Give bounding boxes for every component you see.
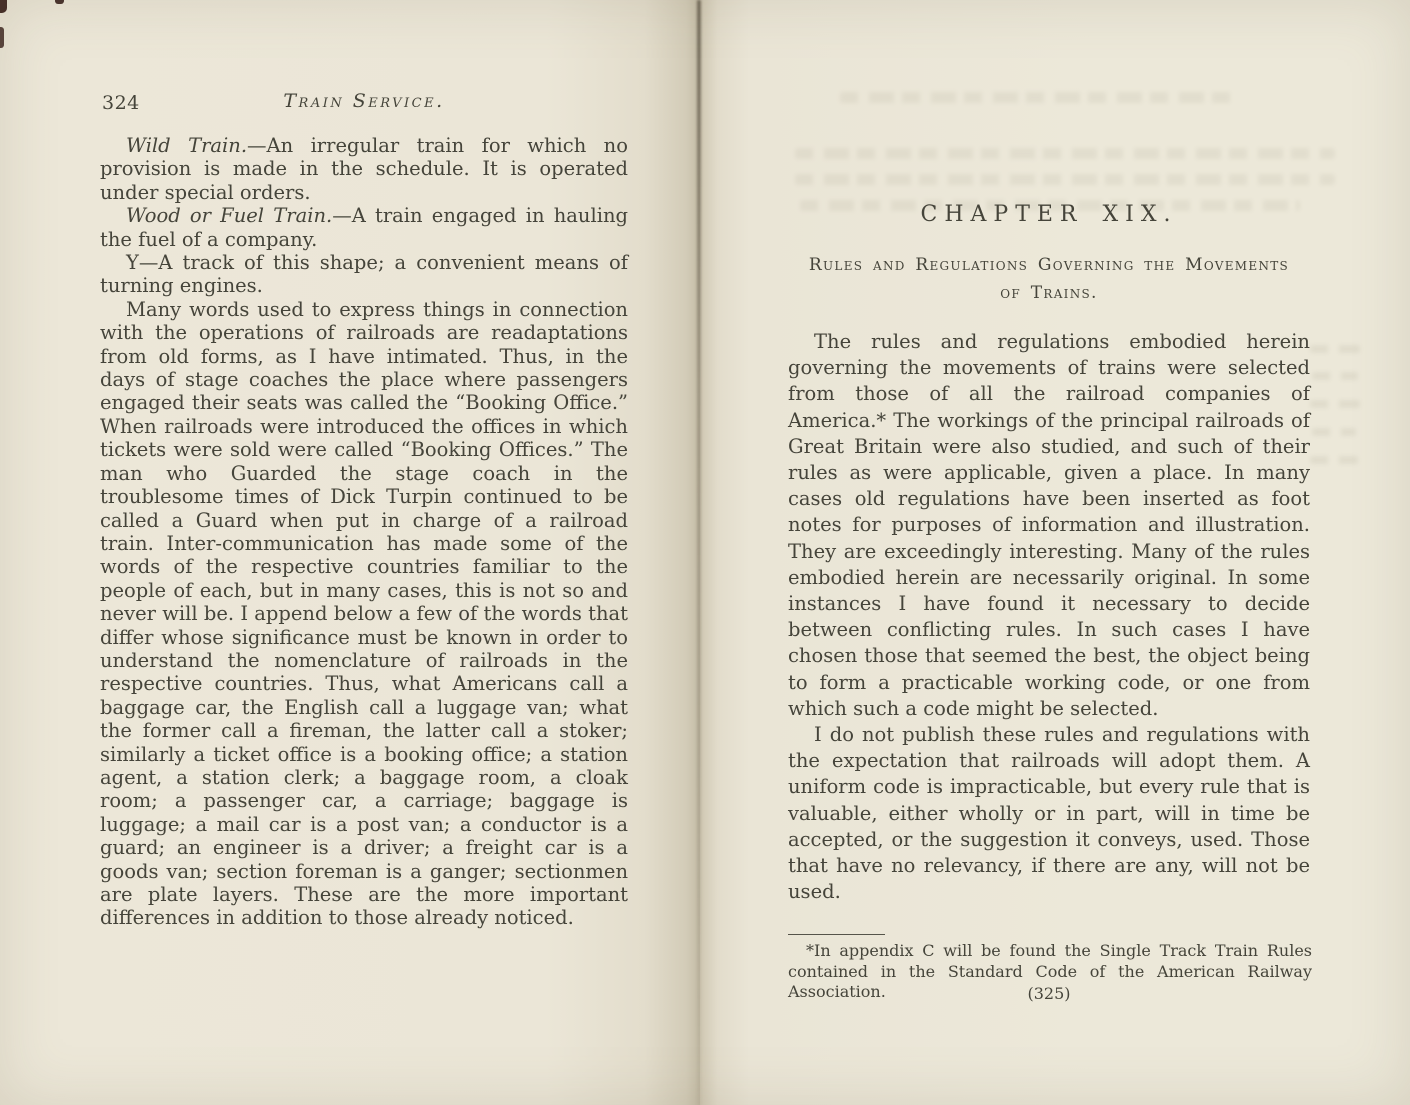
book-spread: 324 Train Service. Wild Train.—An irregu… <box>0 0 1410 1105</box>
show-through-ghost <box>795 148 1335 159</box>
paragraph: Wild Train.—An irregular train for which… <box>100 134 628 204</box>
paragraph: Wood or Fuel Train.—A train engaged in h… <box>100 204 628 251</box>
scan-edge-mark <box>0 0 7 13</box>
show-through-ghost <box>1310 400 1360 408</box>
scan-edge-mark <box>0 27 4 48</box>
scan-edge-mark <box>55 0 64 4</box>
left-page-body-text: Wild Train.—An irregular train for which… <box>100 134 628 930</box>
show-through-ghost <box>840 92 1240 103</box>
running-header: Train Service. <box>100 90 628 112</box>
show-through-ghost <box>795 174 1335 185</box>
right-page-body-text: The rules and regulations embodied herei… <box>788 329 1310 905</box>
show-through-ghost <box>1310 345 1360 353</box>
show-through-ghost <box>1312 428 1356 436</box>
footnote-rule <box>788 934 885 935</box>
paragraph: The rules and regulations embodied herei… <box>788 329 1310 722</box>
paragraph-lead: Y <box>126 251 139 274</box>
paragraph: I do not publish these rules and regulat… <box>788 722 1310 905</box>
paragraph: Y—A track of this shape; a convenient me… <box>100 251 628 298</box>
chapter-subheading: Rules and Regulations Governing the Move… <box>778 251 1320 307</box>
left-page: 324 Train Service. Wild Train.—An irregu… <box>0 0 700 1105</box>
paragraph-lead: Wild Train. <box>126 134 247 157</box>
show-through-ghost <box>1310 456 1358 464</box>
right-page: CHAPTER XIX. Rules and Regulations Gover… <box>700 0 1410 1105</box>
right-page-number: (325) <box>788 984 1310 1003</box>
book-gutter-crease <box>697 0 701 1105</box>
paragraph: Many words used to express things in con… <box>100 298 628 930</box>
chapter-heading: CHAPTER XIX. <box>788 202 1310 227</box>
paragraph-lead: Wood or Fuel Train. <box>126 204 332 227</box>
show-through-ghost <box>1312 372 1358 380</box>
